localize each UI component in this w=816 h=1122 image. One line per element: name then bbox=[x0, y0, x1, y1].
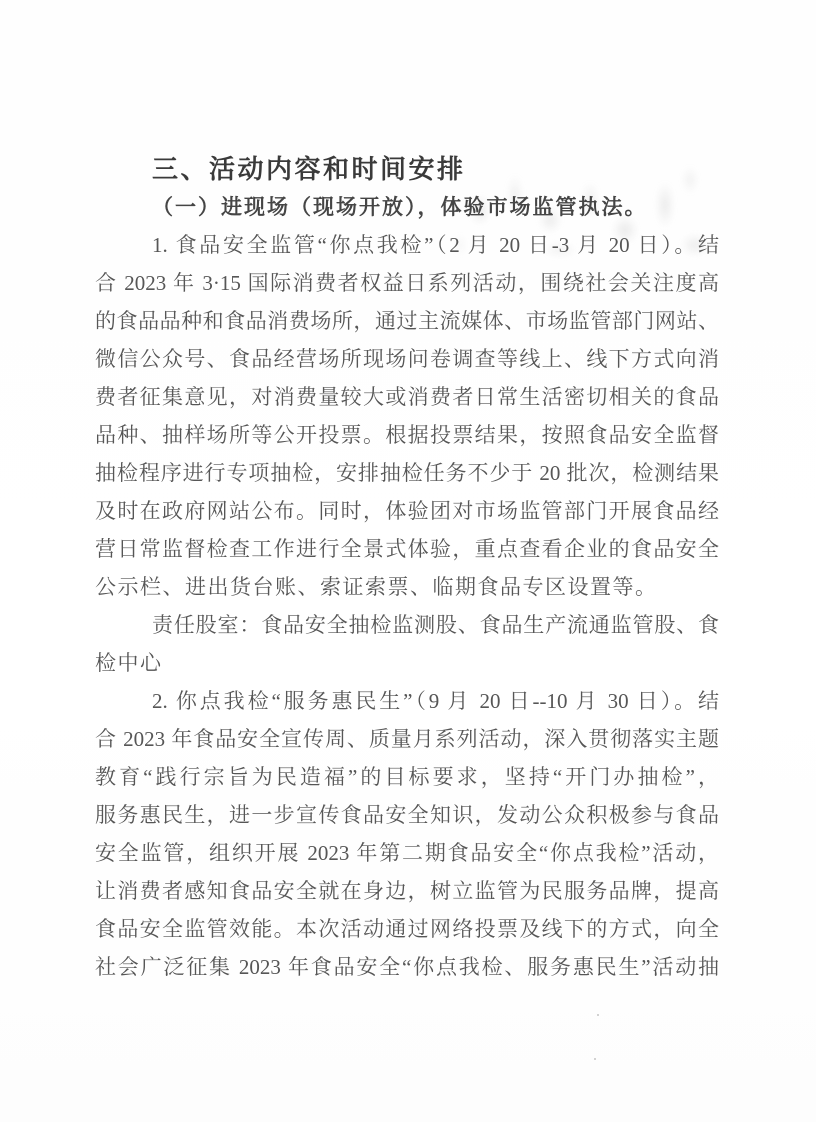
doc-line: 检中心 bbox=[95, 644, 719, 682]
doc-line: 安全监管，组织开展 2023 年第二期食品安全“你点我检”活动， bbox=[95, 834, 719, 872]
subsection-heading: （一）进现场（现场开放），体验市场监管执法。 bbox=[95, 188, 719, 226]
doc-line: 1. 食品安全监管“你点我检”（2 月 20 日-3 月 20 日）。结 bbox=[95, 226, 719, 264]
doc-line: 的食品品种和食品消费场所，通过主流媒体、市场监管部门网站、 bbox=[95, 302, 719, 340]
paper-speck bbox=[597, 1014, 599, 1016]
doc-line: 品种、抽样场所等公开投票。根据投票结果，按照食品安全监督 bbox=[95, 416, 719, 454]
scanned-document-page: 三、活动内容和时间安排 （一）进现场（现场开放），体验市场监管执法。 1. 食品… bbox=[0, 0, 816, 1122]
paper-speck bbox=[594, 1058, 596, 1060]
doc-line: 服务惠民生，进一步宣传食品安全知识，发动公众积极参与食品 bbox=[95, 796, 719, 834]
document-text-block: 三、活动内容和时间安排 （一）进现场（现场开放），体验市场监管执法。 1. 食品… bbox=[95, 150, 719, 986]
doc-line: 合 2023 年食品安全宣传周、质量月系列活动，深入贯彻落实主题 bbox=[95, 720, 719, 758]
doc-line: 社会广泛征集 2023 年食品安全“你点我检、服务惠民生”活动抽 bbox=[95, 948, 719, 986]
doc-line: 2. 你点我检“服务惠民生”（9 月 20 日--10 月 30 日）。结 bbox=[95, 682, 719, 720]
responsibility-line: 责任股室：食品安全抽检监测股、食品生产流通监管股、食 bbox=[95, 606, 719, 644]
doc-line: 费者征集意见，对消费量较大或消费者日常生活密切相关的食品 bbox=[95, 378, 719, 416]
doc-line: 营日常监督检查工作进行全景式体验，重点查看企业的食品安全 bbox=[95, 530, 719, 568]
doc-line: 合 2023 年 3·15 国际消费者权益日系列活动，围绕社会关注度高 bbox=[95, 264, 719, 302]
doc-line: 微信公众号、食品经营场所现场问卷调查等线上、线下方式向消 bbox=[95, 340, 719, 378]
doc-line: 让消费者感知食品安全就在身边，树立监管为民服务品牌，提高 bbox=[95, 872, 719, 910]
doc-line: 教育“践行宗旨为民造福”的目标要求，坚持“开门办抽检”， bbox=[95, 758, 719, 796]
doc-line: 抽检程序进行专项抽检，安排抽检任务不少于 20 批次，检测结果 bbox=[95, 454, 719, 492]
doc-line: 公示栏、进出货台账、索证索票、临期食品专区设置等。 bbox=[95, 568, 719, 606]
doc-line: 及时在政府网站公布。同时，体验团对市场监管部门开展食品经 bbox=[95, 492, 719, 530]
doc-line: 食品安全监管效能。本次活动通过网络投票及线下的方式，向全 bbox=[95, 910, 719, 948]
section-heading: 三、活动内容和时间安排 bbox=[95, 150, 719, 188]
